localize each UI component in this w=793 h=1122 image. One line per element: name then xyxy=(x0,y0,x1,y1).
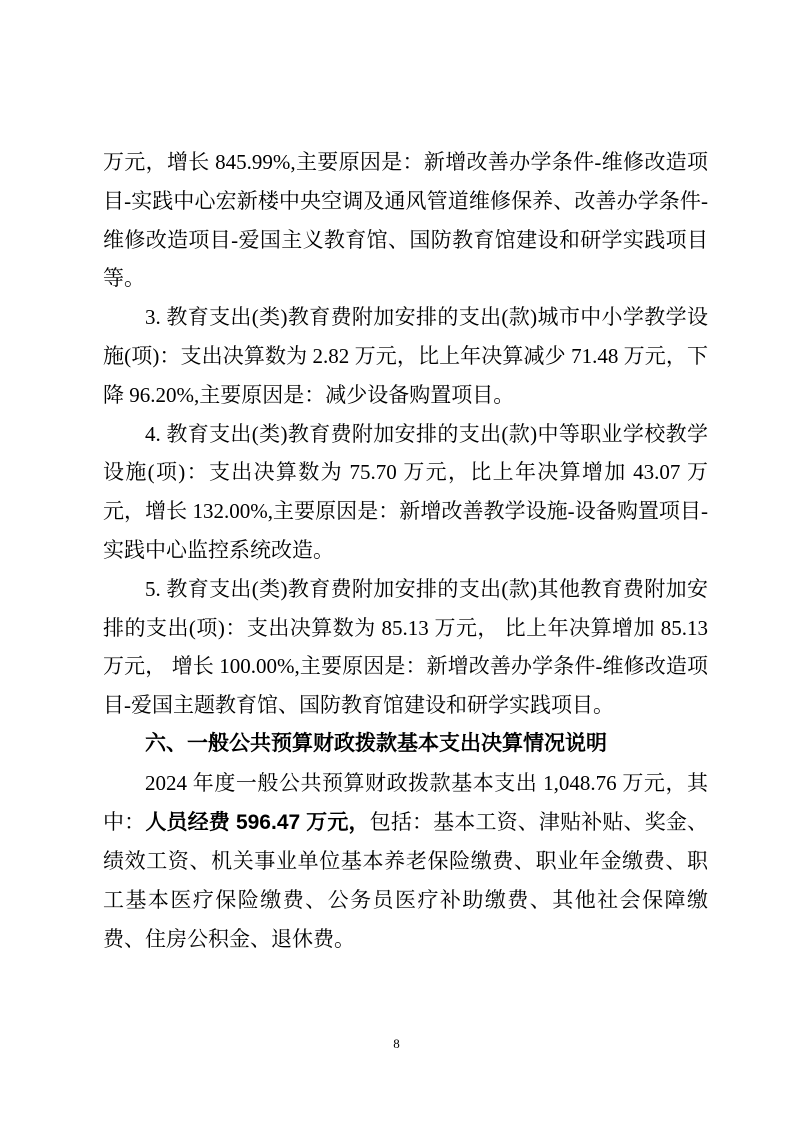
paragraph-continuation: 万元，增长 845.99%,主要原因是：新增改善办学条件-维修改造项目-实践中心… xyxy=(103,143,708,298)
text-segment-personnel-bold: 人员经费 596.47 万元， xyxy=(145,811,369,834)
page-content: 万元，增长 845.99%,主要原因是：新增改善办学条件-维修改造项目-实践中心… xyxy=(103,143,708,959)
page-number: 8 xyxy=(0,1036,793,1052)
paragraph-item-3: 3. 教育支出(类)教育费附加安排的支出(款)城市中小学教学设施(项)：支出决算… xyxy=(103,298,708,414)
document-page: 万元，增长 845.99%,主要原因是：新增改善办学条件-维修改造项目-实践中心… xyxy=(0,0,793,1122)
section-heading: 六、一般公共预算财政拨款基本支出决算情况说明 xyxy=(103,725,708,764)
paragraph-item-5: 5. 教育支出(类)教育费附加安排的支出(款)其他教育费附加安排的支出(项)：支… xyxy=(103,570,708,725)
paragraph-basic-expenditure: 2024 年度一般公共预算财政拨款基本支出 1,048.76 万元，其中：人员经… xyxy=(103,764,708,959)
paragraph-item-4: 4. 教育支出(类)教育费附加安排的支出(款)中等职业学校教学设施(项)：支出决… xyxy=(103,415,708,570)
